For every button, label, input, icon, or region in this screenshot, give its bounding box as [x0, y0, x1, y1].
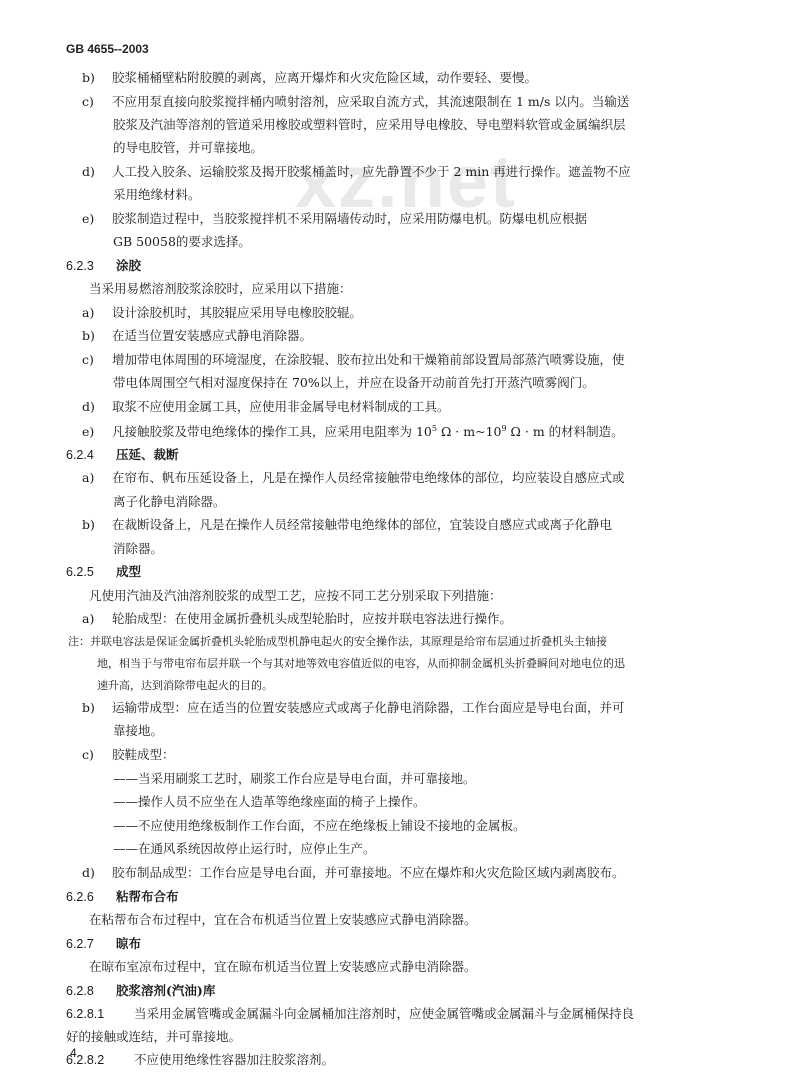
list-item: d)取浆不应使用金属工具，应使用非金属导电材料制成的工具。: [82, 401, 450, 414]
note-continuation: 地，相当于与带电帘布层并联一个与其对地等效电容值近似的电容，从而抑制金属机头折叠…: [97, 658, 625, 669]
section-number: 6.2.5: [66, 566, 116, 579]
section-title: 晾布: [116, 936, 141, 951]
dash-list-item: ——操作人员不应坐在人造革等绝缘座面的椅子上操作。: [113, 796, 426, 809]
text-continuation: 离子化静电消除器。: [113, 496, 226, 509]
list-item-label: a): [82, 613, 112, 626]
list-item-text: 在裁断设备上，凡是在操作人员经常接触带电绝缘体的部位，宜装设自感应式或离子化静电: [112, 517, 612, 532]
list-item-text: 在帘布、帆布压延设备上，凡是在操作人员经常接触带电绝缘体的部位，均应装设自感应式…: [112, 470, 625, 485]
list-item: a)设计涂胶机时，其胶辊应采用导电橡胶胶辊。: [82, 307, 362, 320]
list-item: c)增加带电体周围的环境湿度，在涂胶辊、胶布拉出处和干燥箱前部设置局部蒸汽喷雾设…: [82, 354, 625, 367]
list-item-label: e): [82, 213, 112, 226]
list-item-text: 胶浆制造过程中，当胶浆搅拌机不采用隔墙传动时，应采用防爆电机。防爆电机应根据: [112, 211, 587, 226]
document-page: GB 4655--2003 xz.net b)胶浆桶桶壁粘附胶膜的剥离，应离开爆…: [0, 0, 800, 1079]
section-heading: 6.2.3涂胶: [66, 260, 141, 273]
section-heading: 6.2.7晾布: [66, 938, 141, 951]
list-item-text: 胶鞋成型：: [112, 747, 175, 762]
dash-item-text: ——操作人员不应坐在人造革等绝缘座面的椅子上操作。: [113, 794, 426, 809]
continuation-text: 带电体周围空气相对湿度保持在 70%以上，并应在设备开动前首先打开蒸汽喷雾阀门。: [113, 375, 595, 390]
paragraph: 当采用易燃溶剂胶浆涂胶时，应采用以下措施：: [89, 283, 352, 296]
section-heading: 6.2.4压延、裁断: [66, 449, 179, 462]
list-item-label: d): [82, 401, 112, 414]
paragraph-text: 当采用易燃溶剂胶浆涂胶时，应采用以下措施：: [89, 281, 352, 296]
dash-item-text: ——不应使用绝缘板制作工作台面，不应在绝缘板上铺设不接地的金属板。: [113, 818, 526, 833]
text-continuation: 带电体周围空气相对湿度保持在 70%以上，并应在设备开动前首先打开蒸汽喷雾阀门。: [113, 377, 595, 390]
section-number: 6.2.8: [66, 985, 116, 998]
continuation-text: GB 50058的要求选择。: [113, 234, 251, 249]
section-title: 胶浆溶剂(汽油)库: [116, 983, 215, 998]
text-continuation: 胶浆及汽油等溶剂的管道采用橡胶或塑料管时，应采用导电橡胶、导电塑料软管或金属编织…: [113, 119, 626, 132]
list-item: a)轮胎成型：在使用金属折叠机头成型轮胎时，应按并联电容法进行操作。: [82, 613, 512, 626]
section-title: 压延、裁断: [116, 447, 179, 462]
list-item-text: Ω · m 的材料制造。: [507, 424, 624, 439]
text-continuation: 的导电胶管，并可靠接地。: [113, 142, 263, 155]
note-continuation: 速升高，达到消除带电起火的目的。: [97, 680, 273, 691]
subsection-number: 6.2.8.1: [66, 1008, 134, 1021]
dash-list-item: ——当采用刷浆工艺时，刷浆工作台应是导电台面，并可靠接地。: [113, 773, 476, 786]
continuation-text: 靠接地。: [113, 723, 163, 738]
section-heading: 6.2.8胶浆溶剂(汽油)库: [66, 985, 215, 998]
dash-item-text: ——在通风系统因故停止运行时，应停止生产。: [113, 841, 376, 856]
list-item: b)在裁断设备上，凡是在操作人员经常接触带电绝缘体的部位，宜装设自感应式或离子化…: [82, 519, 612, 532]
watermark: xz.net: [295, 145, 517, 219]
paragraph: 在粘帮布合布过程中，宜在合布机适当位置上安装感应式静电消除器。: [89, 914, 477, 927]
list-item: a)在帘布、帆布压延设备上，凡是在操作人员经常接触带电绝缘体的部位，均应装设自感…: [82, 472, 625, 485]
section-heading: 6.2.6粘帮布合布: [66, 891, 179, 904]
paragraph-text: 在晾布室凉布过程中，宜在晾布机适当位置上安装感应式静电消除器。: [89, 959, 477, 974]
note-text: 并联电容法是保证金属折叠机头轮胎成型机静电起火的安全操作法，其原理是给帘布层通过…: [90, 635, 607, 648]
list-item: b)在适当位置安装感应式静电消除器。: [82, 330, 312, 343]
note-text: 速升高，达到消除带电起火的目的。: [97, 679, 273, 692]
note-label: 注：: [68, 635, 90, 648]
list-item-label: d): [82, 166, 112, 179]
list-item: b)运输带成型：应在适当的位置安装感应式或离子化静电消除器，工作台面应是导电台面…: [82, 702, 625, 715]
dash-item-text: ——当采用刷浆工艺时，刷浆工作台应是导电台面，并可靠接地。: [113, 771, 476, 786]
list-item-label: a): [82, 472, 112, 485]
text-continuation: GB 50058的要求选择。: [113, 236, 251, 249]
section-number: 6.2.7: [66, 938, 116, 951]
list-item-text: 在适当位置安装感应式静电消除器。: [112, 328, 312, 343]
list-item: d)人工投入胶条、运输胶浆及揭开胶浆桶盖时，应先静置不少于 2 min 再进行操…: [82, 166, 631, 179]
subsection-number: 6.2.8.2: [66, 1054, 134, 1067]
text-continuation: 好的接触或连结，并可靠接地。: [66, 1031, 241, 1044]
list-item-label: c): [82, 749, 112, 762]
paragraph-text: 在粘帮布合布过程中，宜在合布机适当位置上安装感应式静电消除器。: [89, 912, 477, 927]
continuation-text: 离子化静电消除器。: [113, 494, 226, 509]
paragraph-text: 凡使用汽油及汽油溶剂胶浆的成型工艺，应按不同工艺分别采取下列措施：: [89, 588, 502, 603]
list-item-text: 增加带电体周围的环境湿度，在涂胶辊、胶布拉出处和干燥箱前部设置局部蒸汽喷雾设施，…: [112, 352, 625, 367]
paragraph-text: 当采用金属管嘴或金属漏斗向金属桶加注溶剂时，应使金属管嘴或金属漏斗与金属桶保持良: [134, 1006, 634, 1021]
continuation-text: 采用绝缘材料。: [113, 187, 201, 202]
section-title: 涂胶: [116, 258, 141, 273]
continuation-text: 的导电胶管，并可靠接地。: [113, 140, 263, 155]
subsection-paragraph: 6.2.8.2不应使用绝缘性容器加注胶浆溶剂。: [66, 1054, 334, 1067]
dash-list-item: ——在通风系统因故停止运行时，应停止生产。: [113, 843, 376, 856]
list-item: e)凡接触胶浆及带电绝缘体的操作工具，应采用电阻率为 105 Ω · m~109…: [82, 425, 624, 439]
list-item-label: d): [82, 867, 112, 880]
list-item-text: 设计涂胶机时，其胶辊应采用导电橡胶胶辊。: [112, 305, 362, 320]
list-item-label: c): [82, 96, 112, 109]
list-item: d)胶布制品成型：工作台应是导电台面，并可靠接地。不应在爆炸和火灾危险区域内剥离…: [82, 867, 625, 880]
section-number: 6.2.6: [66, 891, 116, 904]
dash-list-item: ——不应使用绝缘板制作工作台面，不应在绝缘板上铺设不接地的金属板。: [113, 820, 526, 833]
continuation-text: 消除器。: [113, 541, 163, 556]
list-item-text: 轮胎成型：在使用金属折叠机头成型轮胎时，应按并联电容法进行操作。: [112, 611, 512, 626]
standard-code-header: GB 4655--2003: [66, 42, 149, 56]
list-item-label: b): [82, 519, 112, 532]
section-heading: 6.2.5成型: [66, 566, 141, 579]
list-item: c)胶鞋成型：: [82, 749, 175, 762]
list-item-text: 人工投入胶条、运输胶浆及揭开胶浆桶盖时，应先静置不少于 2 min 再进行操作。…: [112, 164, 631, 179]
list-item: b)胶浆桶桶壁粘附胶膜的剥离，应离开爆炸和火灾危险区域，动作要轻、要慢。: [82, 72, 537, 85]
list-item-label: c): [82, 354, 112, 367]
continuation-text: 好的接触或连结，并可靠接地。: [66, 1029, 241, 1044]
list-item-text: 胶布制品成型：工作台应是导电台面，并可靠接地。不应在爆炸和火灾危险区域内剥离胶布…: [112, 865, 625, 880]
paragraph: 凡使用汽油及汽油溶剂胶浆的成型工艺，应按不同工艺分别采取下列措施：: [89, 590, 502, 603]
text-continuation: 采用绝缘材料。: [113, 189, 201, 202]
list-item-text: 不应用泵直接向胶浆搅拌桶内喷射溶剂，应采取自流方式，其流速限制在 1 m/s 以…: [112, 94, 629, 109]
list-item-label: b): [82, 72, 112, 85]
list-item-text: 胶浆桶桶壁粘附胶膜的剥离，应离开爆炸和火灾危险区域，动作要轻、要慢。: [112, 70, 537, 85]
list-item-label: a): [82, 307, 112, 320]
list-item: c)不应用泵直接向胶浆搅拌桶内喷射溶剂，应采取自流方式，其流速限制在 1 m/s…: [82, 96, 629, 109]
text-continuation: 靠接地。: [113, 725, 163, 738]
list-item-text: 凡接触胶浆及带电绝缘体的操作工具，应采用电阻率为 10: [112, 424, 432, 439]
note-text: 地，相当于与带电帘布层并联一个与其对地等效电容值近似的电容，从而抑制金属机头折叠…: [97, 657, 625, 670]
list-item: e)胶浆制造过程中，当胶浆搅拌机不采用隔墙传动时，应采用防爆电机。防爆电机应根据: [82, 213, 587, 226]
text-continuation: 消除器。: [113, 543, 163, 556]
section-number: 6.2.4: [66, 449, 116, 462]
paragraph: 在晾布室凉布过程中，宜在晾布机适当位置上安装感应式静电消除器。: [89, 961, 477, 974]
list-item-label: b): [82, 702, 112, 715]
list-item-text: Ω · m~10: [437, 424, 502, 439]
list-item-text: 取浆不应使用金属工具，应使用非金属导电材料制成的工具。: [112, 399, 450, 414]
subsection-paragraph: 6.2.8.1当采用金属管嘴或金属漏斗向金属桶加注溶剂时，应使金属管嘴或金属漏斗…: [66, 1008, 634, 1021]
list-item-label: e): [82, 426, 112, 439]
list-item-label: b): [82, 330, 112, 343]
list-item-text: 运输带成型：应在适当的位置安装感应式或离子化静电消除器，工作台面应是导电台面，并…: [112, 700, 625, 715]
section-number: 6.2.3: [66, 260, 116, 273]
section-title: 粘帮布合布: [116, 889, 179, 904]
note: 注：并联电容法是保证金属折叠机头轮胎成型机静电起火的安全操作法，其原理是给帘布层…: [68, 636, 607, 647]
continuation-text: 胶浆及汽油等溶剂的管道采用橡胶或塑料管时，应采用导电橡胶、导电塑料软管或金属编织…: [113, 117, 626, 132]
paragraph-text: 不应使用绝缘性容器加注胶浆溶剂。: [134, 1052, 334, 1067]
section-title: 成型: [116, 564, 141, 579]
